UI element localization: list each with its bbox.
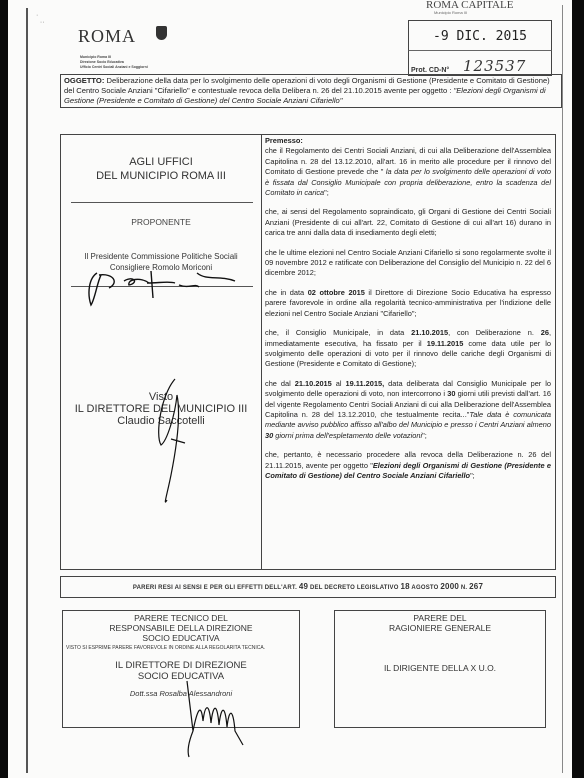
- protocol-label: Prot. CD-N°: [411, 67, 449, 74]
- premesso-paragraph: che il Regolamento dei Centri Sociali An…: [265, 146, 551, 198]
- stamp-date-box: -9 DIC. 2015: [408, 20, 552, 51]
- scan-marks: · ··: [36, 12, 45, 26]
- main-table: AGLI UFFICI DEL MUNICIPIO ROMA III PROPO…: [60, 134, 556, 570]
- title-line: RAGIONIERE GENERALE: [335, 623, 545, 633]
- pareri-number: 2000: [440, 582, 459, 591]
- stamp-title: ROMA CAPITALE: [406, 0, 554, 10]
- stamp-date: -9 DIC. 2015: [409, 29, 551, 44]
- signature-alessandroni: [173, 661, 253, 761]
- premesso-paragraph: che le ultime elezioni nel Centro Social…: [265, 248, 551, 279]
- margin-rule-left: [26, 8, 28, 773]
- pareri-text: N.: [459, 585, 469, 591]
- addressee: AGLI UFFICI DEL MUNICIPIO ROMA III: [61, 155, 261, 183]
- pareri-text: DEL DECRETO LEGISLATIVO: [308, 585, 400, 591]
- divider: [71, 202, 253, 203]
- premesso-column: Premesso: che il Regolamento dei Centri …: [265, 136, 551, 490]
- title-line: RESPONSABILE DELLA DIREZIONE: [63, 623, 299, 633]
- protocol-stamp: ROMA CAPITALE Municipio Roma III -9 DIC.…: [406, 0, 554, 74]
- stamp-protocol-box: Prot. CD-N° 123537: [408, 50, 552, 76]
- office-header: Municipio Roma III Direzione Socio Educa…: [80, 55, 148, 70]
- subject-box: OGGETTO: Deliberazione della data per lo…: [60, 74, 562, 108]
- pareri-number: 18: [400, 582, 409, 591]
- proponente-label: PROPONENTE: [61, 217, 261, 227]
- parere-tecnico-note: VISTO SI ESPRIME PARERE FAVOREVOLE IN OR…: [63, 643, 299, 652]
- pareri-text: AGOSTO: [410, 585, 441, 591]
- roma-logo: ROMA: [78, 26, 136, 47]
- margin-rule-right: [562, 5, 563, 773]
- addressee-line: AGLI UFFICI: [61, 155, 261, 169]
- parere-ragioniere-director: IL DIRIGENTE DELLA X U.O.: [335, 663, 545, 673]
- premesso-paragraph: che, ai sensi del Regolamento sopraindic…: [265, 207, 551, 238]
- parere-ragioniere-title: PARERE DEL RAGIONIERE GENERALE: [335, 613, 545, 633]
- pareri-banner: PARERI RESI AI SENSI E PER GLI EFFETTI D…: [60, 576, 556, 598]
- premesso-paragraph: che in data 02 ottobre 2015 il Direttore…: [265, 288, 551, 319]
- subject-label: OGGETTO:: [64, 76, 104, 85]
- parere-tecnico-box: PARERE TECNICO DEL RESPONSABILE DELLA DI…: [62, 610, 300, 728]
- title-line: PARERE DEL: [335, 613, 545, 623]
- parere-tecnico-title: PARERE TECNICO DEL RESPONSABILE DELLA DI…: [63, 613, 299, 643]
- pareri-number: 267: [469, 582, 483, 591]
- title-line: PARERE TECNICO DEL: [63, 613, 299, 623]
- scan-edge-left: [0, 0, 8, 778]
- pareri-number: 49: [299, 582, 308, 591]
- parere-ragioniere-box: PARERE DEL RAGIONIERE GENERALE IL DIRIGE…: [334, 610, 546, 728]
- premesso-paragraph: che dal 21.10.2015 al 19.11.2015, data d…: [265, 379, 551, 441]
- premesso-paragraph: che, pertanto, è necessario procedere al…: [265, 450, 551, 481]
- protocol-number: 123537: [463, 57, 526, 75]
- office-line: Ufficio Centri Sociali Anziani e Soggior…: [80, 65, 148, 70]
- pareri-text: PARERI RESI AI SENSI E PER GLI EFFETTI D…: [133, 585, 299, 591]
- premesso-paragraph: che, il Consiglio Municipale, in data 21…: [265, 328, 551, 370]
- premesso-heading: Premesso:: [265, 136, 551, 146]
- addressee-line: DEL MUNICIPIO ROMA III: [61, 169, 261, 183]
- left-column: AGLI UFFICI DEL MUNICIPIO ROMA III PROPO…: [61, 135, 262, 569]
- title-line: SOCIO EDUCATIVA: [63, 633, 299, 643]
- scan-edge-right: [572, 0, 584, 778]
- roma-shield-icon: [156, 26, 167, 40]
